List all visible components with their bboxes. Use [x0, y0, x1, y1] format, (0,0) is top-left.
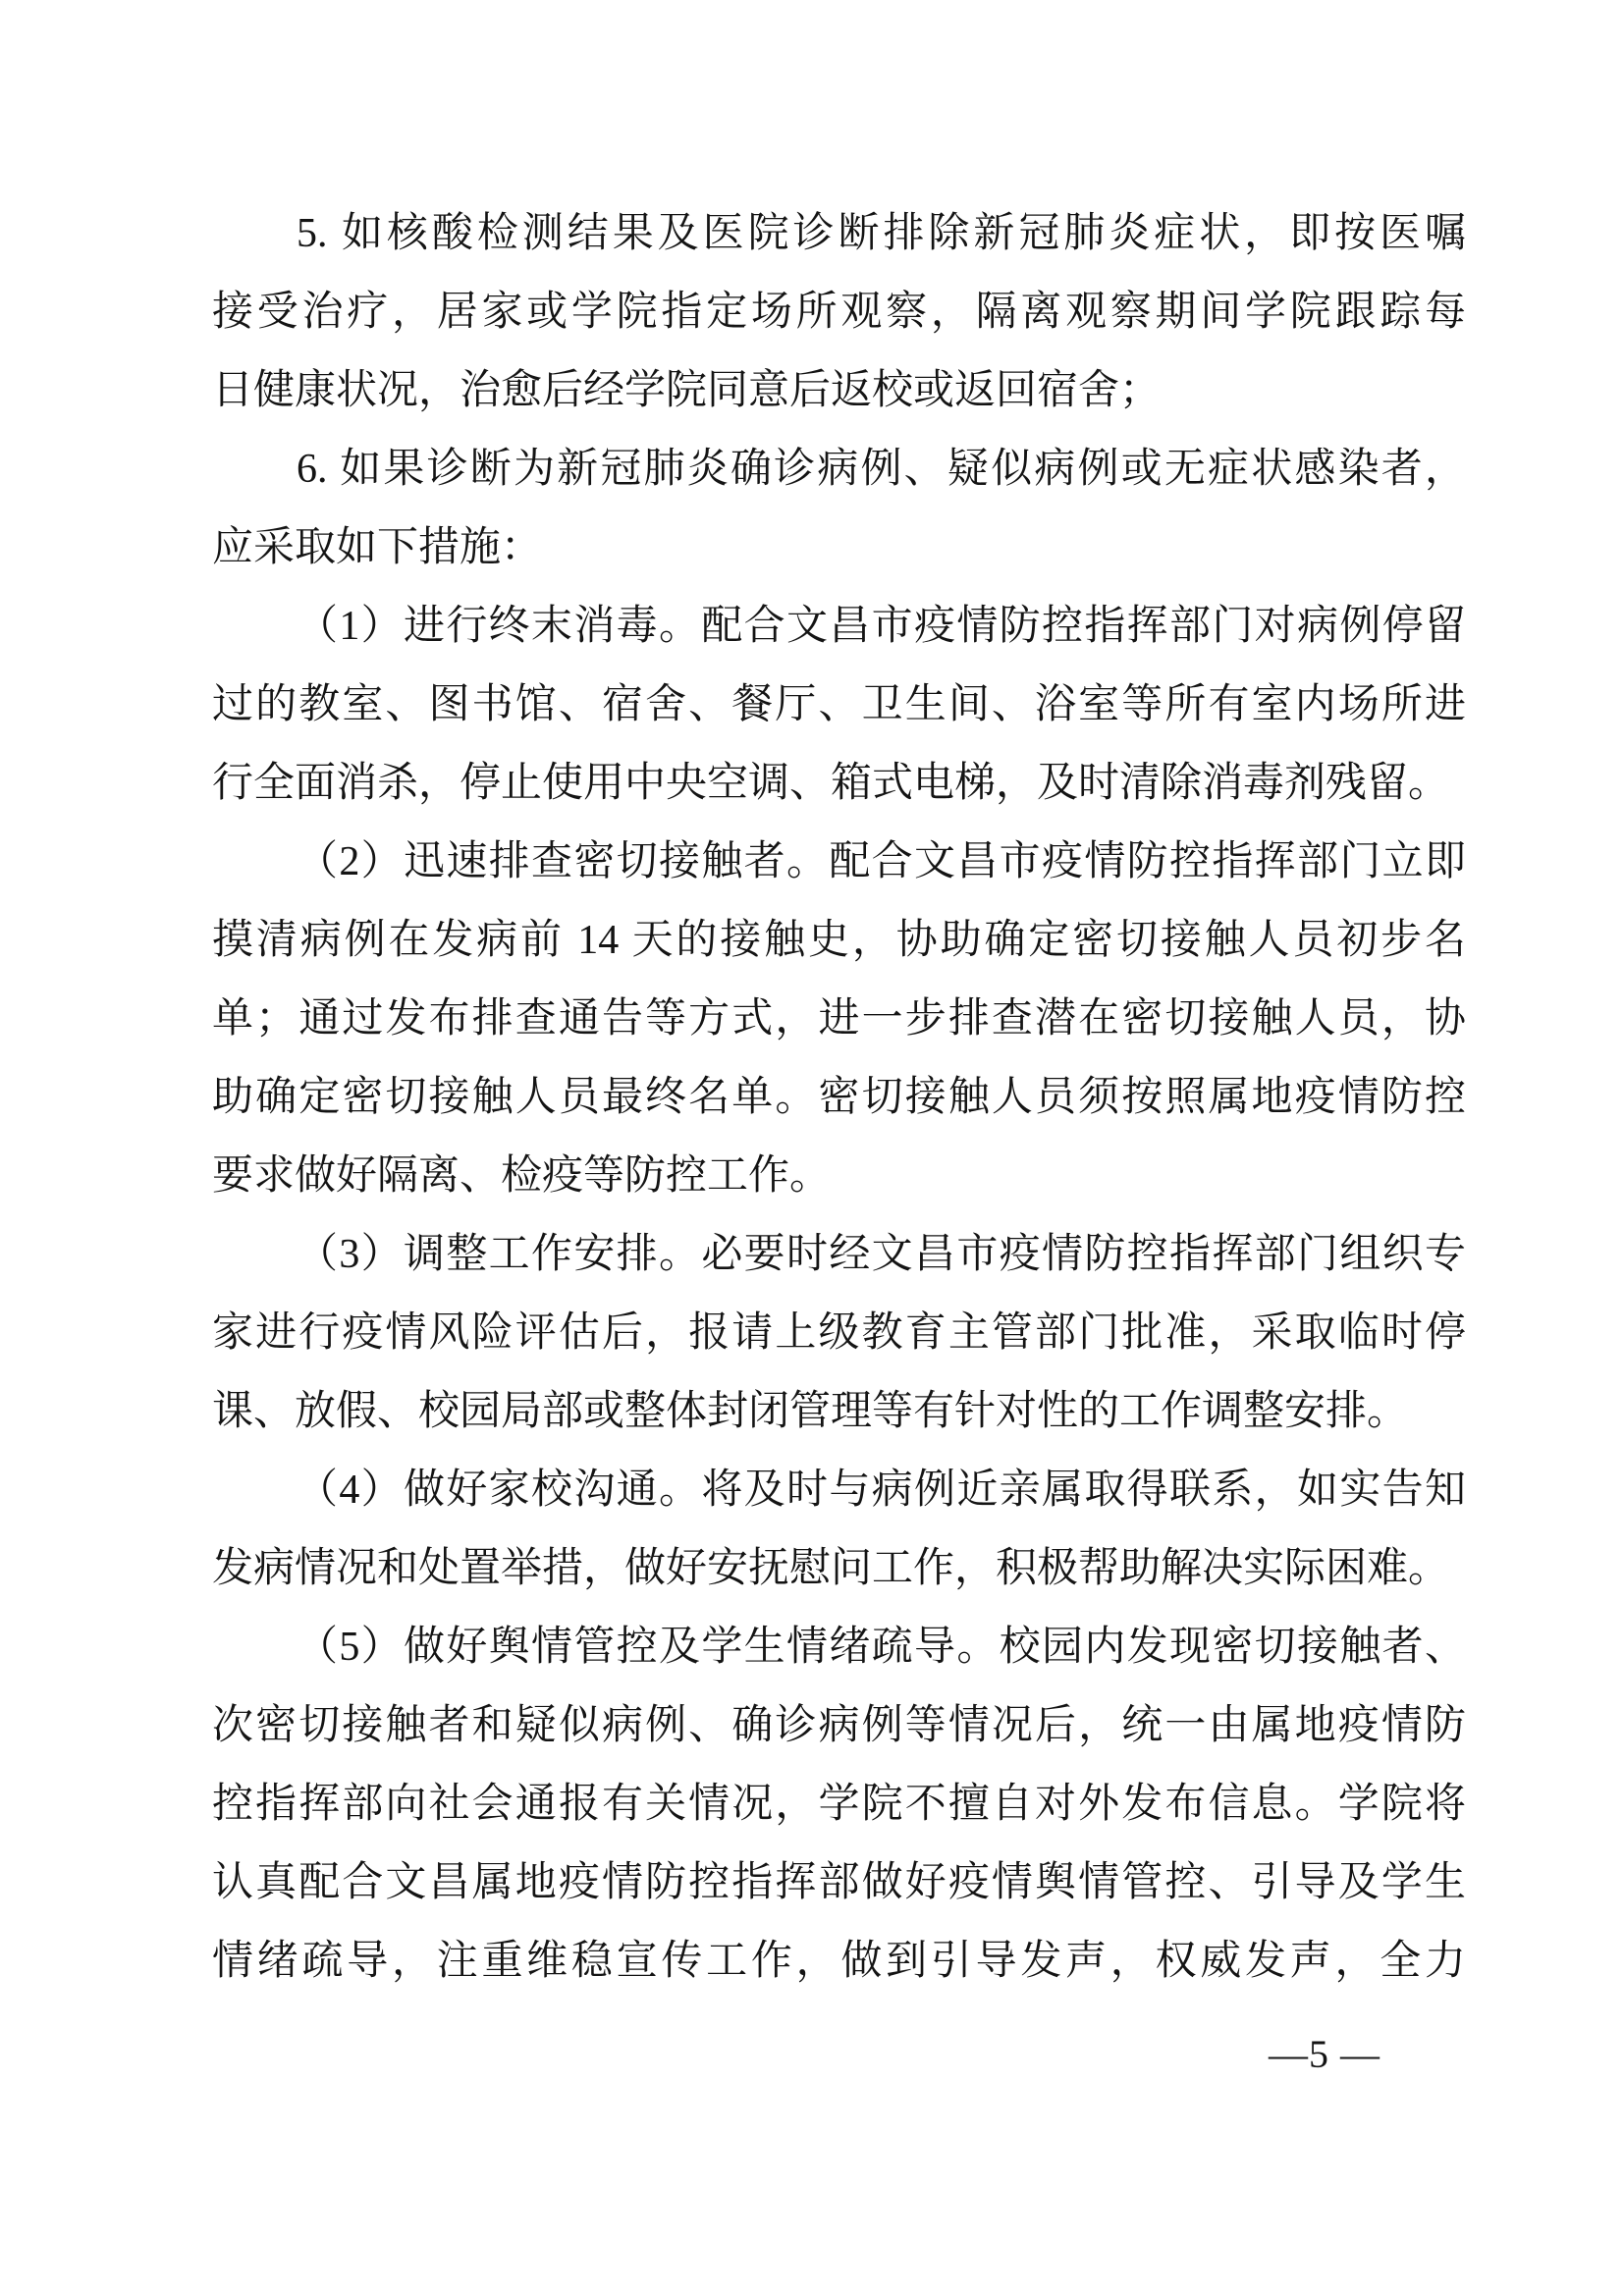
text-line: （5）做好舆情管控及学生情绪疏导。校园内发现密切接触者、 [212, 1608, 1466, 1686]
text-line: 助确定密切接触人员最终名单。密切接触人员须按照属地疫情防控 [212, 1058, 1466, 1137]
paragraph: 6. 如果诊断为新冠肺炎确诊病例、疑似病例或无症状感染者，应采取如下措施： [212, 430, 1466, 587]
document-body: 5. 如核酸检测结果及医院诊断排除新冠肺炎症状，即按医嘱接受治疗，居家或学院指定… [212, 194, 1466, 2001]
text-line: （1）进行终末消毒。配合文昌市疫情防控指挥部门对病例停留 [212, 587, 1466, 666]
text-line: 行全面消杀，停止使用中央空调、箱式电梯，及时清除消毒剂残留。 [212, 744, 1466, 823]
paragraph: （2）迅速排查密切接触者。配合文昌市疫情防控指挥部门立即摸清病例在发病前 14 … [212, 823, 1466, 1215]
paragraph: （3）调整工作安排。必要时经文昌市疫情防控指挥部门组织专家进行疫情风险评估后，报… [212, 1215, 1466, 1451]
paragraph: （1）进行终末消毒。配合文昌市疫情防控指挥部门对病例停留过的教室、图书馆、宿舍、… [212, 587, 1466, 823]
document-page: 5. 如核酸检测结果及医院诊断排除新冠肺炎症状，即按医嘱接受治疗，居家或学院指定… [0, 0, 1623, 2296]
text-line: 控指挥部向社会通报有关情况，学院不擅自对外发布信息。学院将 [212, 1765, 1466, 1843]
text-line: 要求做好隔离、检疫等防控工作。 [212, 1137, 1466, 1215]
text-line: 课、放假、校园局部或整体封闭管理等有针对性的工作调整安排。 [212, 1372, 1466, 1451]
paragraph: （5）做好舆情管控及学生情绪疏导。校园内发现密切接触者、次密切接触者和疑似病例、… [212, 1608, 1466, 2001]
text-line: 应采取如下措施： [212, 508, 1466, 587]
text-line: 日健康状况，治愈后经学院同意后返校或返回宿舍； [212, 351, 1466, 430]
text-line: 摸清病例在发病前 14 天的接触史，协助确定密切接触人员初步名 [212, 901, 1466, 980]
text-line: 认真配合文昌属地疫情防控指挥部做好疫情舆情管控、引导及学生 [212, 1843, 1466, 1922]
paragraph: 5. 如核酸检测结果及医院诊断排除新冠肺炎症状，即按医嘱接受治疗，居家或学院指定… [212, 194, 1466, 430]
paragraph: （4）做好家校沟通。将及时与病例近亲属取得联系，如实告知发病情况和处置举措，做好… [212, 1451, 1466, 1608]
text-line: 单；通过发布排查通告等方式，进一步排查潜在密切接触人员，协 [212, 980, 1466, 1058]
page-number: —5 — [1269, 2025, 1380, 2084]
text-line: 5. 如核酸检测结果及医院诊断排除新冠肺炎症状，即按医嘱 [212, 194, 1466, 273]
text-line: 接受治疗，居家或学院指定场所观察，隔离观察期间学院跟踪每 [212, 273, 1466, 351]
text-line: 家进行疫情风险评估后，报请上级教育主管部门批准，采取临时停 [212, 1294, 1466, 1372]
text-line: （4）做好家校沟通。将及时与病例近亲属取得联系，如实告知 [212, 1451, 1466, 1529]
text-line: 过的教室、图书馆、宿舍、餐厅、卫生间、浴室等所有室内场所进 [212, 666, 1466, 744]
text-line: （2）迅速排查密切接触者。配合文昌市疫情防控指挥部门立即 [212, 823, 1466, 901]
text-line: 发病情况和处置举措，做好安抚慰问工作，积极帮助解决实际困难。 [212, 1529, 1466, 1608]
text-line: 情绪疏导，注重维稳宣传工作，做到引导发声，权威发声，全力 [212, 1922, 1466, 2001]
text-line: （3）调整工作安排。必要时经文昌市疫情防控指挥部门组织专 [212, 1215, 1466, 1294]
text-line: 6. 如果诊断为新冠肺炎确诊病例、疑似病例或无症状感染者， [212, 430, 1466, 508]
text-line: 次密切接触者和疑似病例、确诊病例等情况后，统一由属地疫情防 [212, 1686, 1466, 1765]
